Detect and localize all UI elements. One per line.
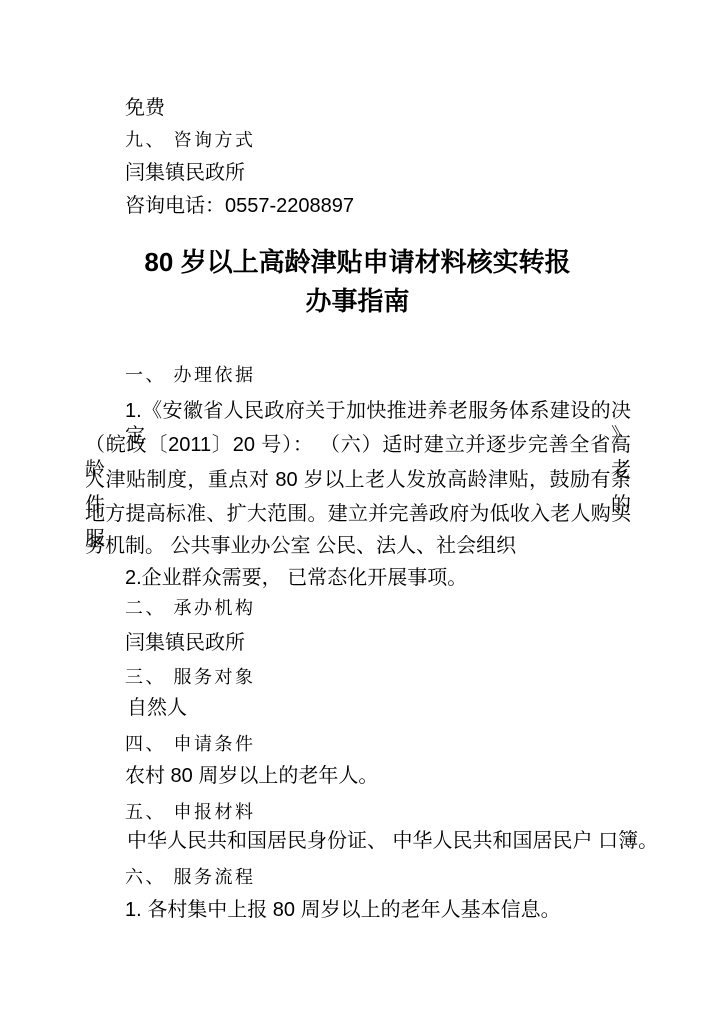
section-6-heading: 六、 服务流程 [125, 866, 256, 889]
basis-paragraph-line5: 务机制。 公共事业办公室 公民、法人、社会组织 [85, 534, 516, 559]
section-9-heading: 九、 咨询方式 [125, 129, 256, 152]
section-5-heading: 五、 申报材料 [125, 801, 256, 824]
line-phone-number: 咨询电话：0557-2208897 [125, 194, 354, 219]
section-1-heading: 一、 办理依据 [125, 364, 256, 387]
section-3-heading: 三、 服务对象 [125, 666, 256, 689]
document-title-line2: 办事指南 [0, 285, 715, 319]
line-office-name: 闫集镇民政所 [125, 161, 245, 186]
line-materials: 中华人民共和国居民身份证、 中华人民共和国居民户 口簿。 [127, 829, 658, 854]
line-process-step1: 1. 各村集中上报 80 周岁以上的老年人基本信息。 [125, 898, 561, 923]
section-4-heading: 四、 申请条件 [125, 733, 256, 756]
basis-paragraph2: 2.企业群众需要， 已常态化开展事项。 [125, 566, 467, 591]
document-title-line1: 80 岁以上高龄津贴申请材料核实转报 [0, 246, 715, 280]
section-2-heading: 二、 承办机构 [125, 597, 256, 620]
document-page: 免费 九、 咨询方式 闫集镇民政所 咨询电话：0557-2208897 80 岁… [0, 0, 715, 1011]
line-agency-name: 闫集镇民政所 [125, 631, 245, 656]
line-conditions: 农村 80 周岁以上的老年人。 [125, 764, 378, 789]
line-service-target: 自然人 [127, 696, 187, 721]
line-fee: 免费 [125, 96, 165, 121]
